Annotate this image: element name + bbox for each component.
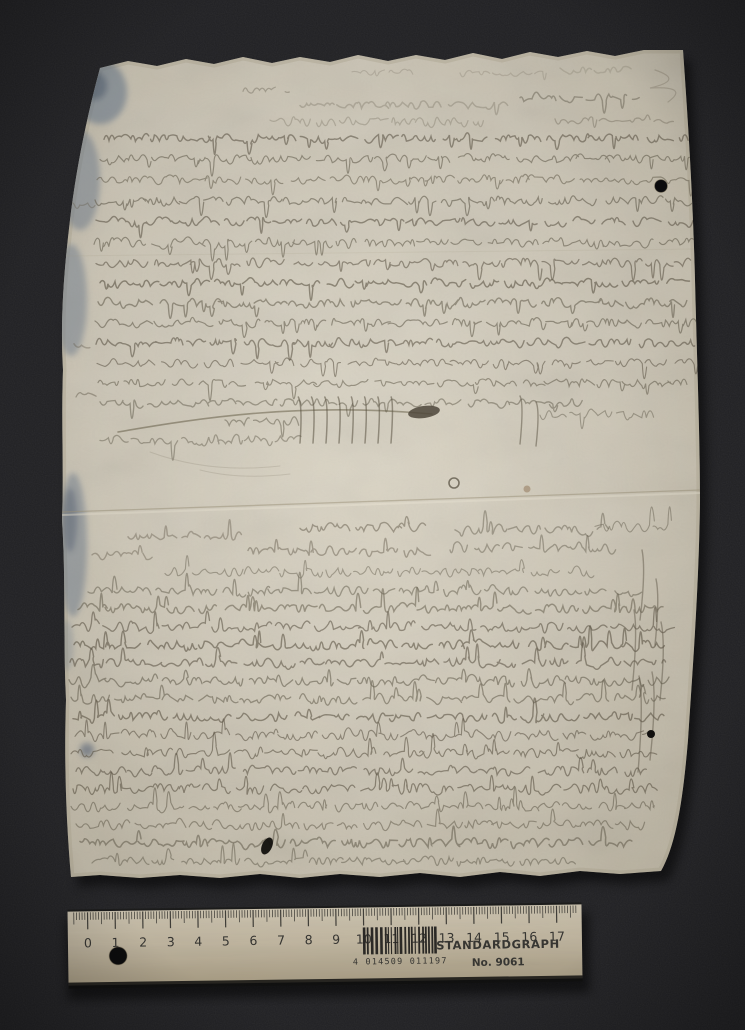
photo-stage: Archival photograph of a creased early-m… — [0, 0, 745, 1030]
photo-canvas: 01234567891011121314151617 4 014509 0111… — [0, 0, 745, 1030]
vignette — [0, 0, 745, 1030]
